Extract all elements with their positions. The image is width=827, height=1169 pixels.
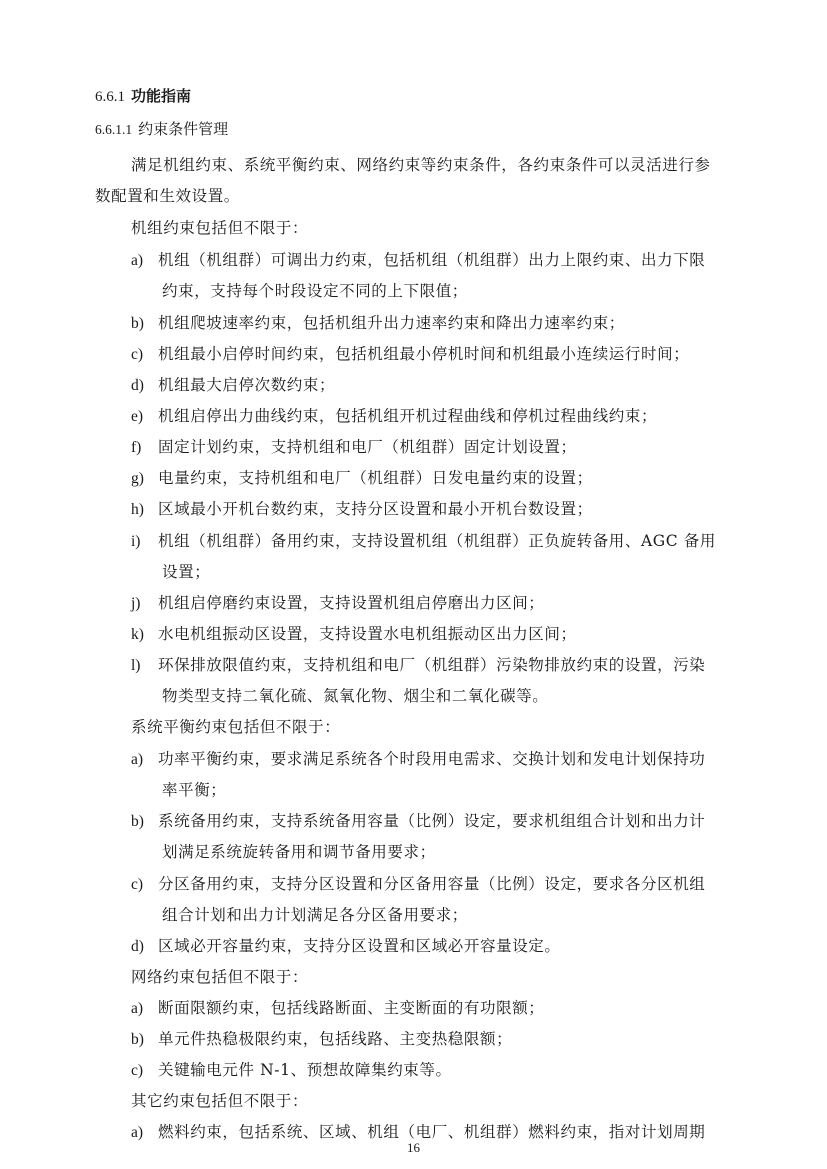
list-item-continuation: 约束，支持每个时段设定不同的上下限值；	[162, 281, 468, 301]
list-item: f)固定计划约束，支持机组和电厂（机组群）固定计划设置；	[131, 437, 577, 458]
list-marker: c)	[131, 1061, 158, 1081]
list-item: c)机组最小启停时间约束，包括机组最小停机时间和机组最小连续运行时间；	[131, 344, 689, 365]
list-marker: b)	[131, 1030, 158, 1050]
list-item: k)水电机组振动区设置，支持设置水电机组振动区出力区间；	[131, 624, 577, 645]
unit-constraints-heading: 机组约束包括但不限于：	[131, 218, 308, 238]
list-marker: c)	[131, 345, 158, 365]
list-marker: b)	[131, 314, 158, 334]
intro-paragraph-line-1: 满足机组约束、系统平衡约束、网络约束等约束条件，各约束条件可以灵活进行参	[131, 155, 711, 175]
list-marker: l)	[131, 656, 158, 676]
list-item: j)机组启停磨约束设置，支持设置机组启停磨出力区间；	[131, 593, 544, 614]
list-item-continuation: 率平衡；	[162, 780, 226, 800]
document-page: 6.6.1功能指南 6.6.1.1约束条件管理 满足机组约束、系统平衡约束、网络…	[0, 0, 827, 1169]
list-marker: e)	[131, 407, 158, 427]
subsection-number: 6.6.1.1	[95, 122, 132, 137]
list-item: e)机组启停出力曲线约束，包括机组开机过程曲线和停机过程曲线约束；	[131, 406, 657, 427]
list-item: a)功率平衡约束，要求满足系统各个时段用电需求、交换计划和发电计划保持功	[131, 749, 705, 770]
list-item: c)分区备用约束，支持分区设置和分区备用容量（比例）设定，要求各分区机组	[131, 874, 705, 895]
list-item: g)电量约束，支持机组和电厂（机组群）日发电量约束的设置；	[131, 468, 593, 489]
list-item: i)机组（机组群）备用约束，支持设置机组（机组群）正负旋转备用、AGC 备用	[131, 531, 716, 552]
list-item: b)系统备用约束，支持系统备用容量（比例）设定，要求机组组合计划和出力计	[131, 811, 705, 832]
list-item: b)机组爬坡速率约束，包括机组升出力速率约束和降出力速率约束；	[131, 313, 625, 334]
list-marker: c)	[131, 875, 158, 895]
intro-paragraph-line-2: 数配置和生效设置。	[95, 186, 240, 206]
list-item-continuation: 划满足系统旋转备用和调节备用要求；	[162, 842, 436, 862]
list-marker: g)	[131, 469, 158, 489]
system-balance-heading: 系统平衡约束包括但不限于：	[131, 717, 340, 737]
list-item-continuation: 设置；	[162, 562, 210, 582]
list-item: a)断面限额约束，包括线路断面、主变断面的有功限额；	[131, 998, 544, 1019]
list-item: d)区域必开容量约束，支持分区设置和区域必开容量设定。	[131, 936, 561, 957]
page-number: 16	[0, 1140, 827, 1156]
section-heading: 6.6.1功能指南	[95, 86, 191, 107]
list-item: h)区域最小开机台数约束，支持分区设置和最小开机台数设置；	[131, 499, 593, 520]
section-title: 功能指南	[131, 87, 191, 105]
list-marker: f)	[131, 438, 158, 458]
list-item: b)单元件热稳极限约束，包括线路、主变热稳限额；	[131, 1029, 512, 1050]
list-item: l)环保排放限值约束，支持机组和电厂（机组群）污染物排放约束的设置，污染	[131, 655, 705, 676]
list-item: c)关键输电元件 N-1、预想故障集约束等。	[131, 1060, 452, 1081]
list-marker: h)	[131, 500, 158, 520]
list-marker: i)	[131, 532, 158, 552]
network-constraints-heading: 网络约束包括但不限于：	[131, 967, 308, 987]
subsection-title: 约束条件管理	[138, 120, 228, 138]
section-number: 6.6.1	[95, 89, 125, 105]
list-marker: k)	[131, 625, 158, 645]
list-marker: a)	[131, 750, 158, 770]
list-marker: a)	[131, 251, 158, 271]
list-marker: b)	[131, 812, 158, 832]
list-item-continuation: 物类型支持二氧化硫、氮氧化物、烟尘和二氧化碳等。	[162, 686, 548, 706]
list-marker: j)	[131, 594, 158, 614]
list-item-continuation: 组合计划和出力计划满足各分区备用要求；	[162, 905, 468, 925]
list-marker: d)	[131, 376, 158, 396]
other-constraints-heading: 其它约束包括但不限于：	[131, 1091, 308, 1111]
subsection-heading: 6.6.1.1约束条件管理	[95, 119, 228, 140]
list-marker: d)	[131, 937, 158, 957]
list-item: d)机组最大启停次数约束；	[131, 375, 335, 396]
list-marker: a)	[131, 999, 158, 1019]
list-item: a)机组（机组群）可调出力约束，包括机组（机组群）出力上限约束、出力下限	[131, 250, 705, 271]
